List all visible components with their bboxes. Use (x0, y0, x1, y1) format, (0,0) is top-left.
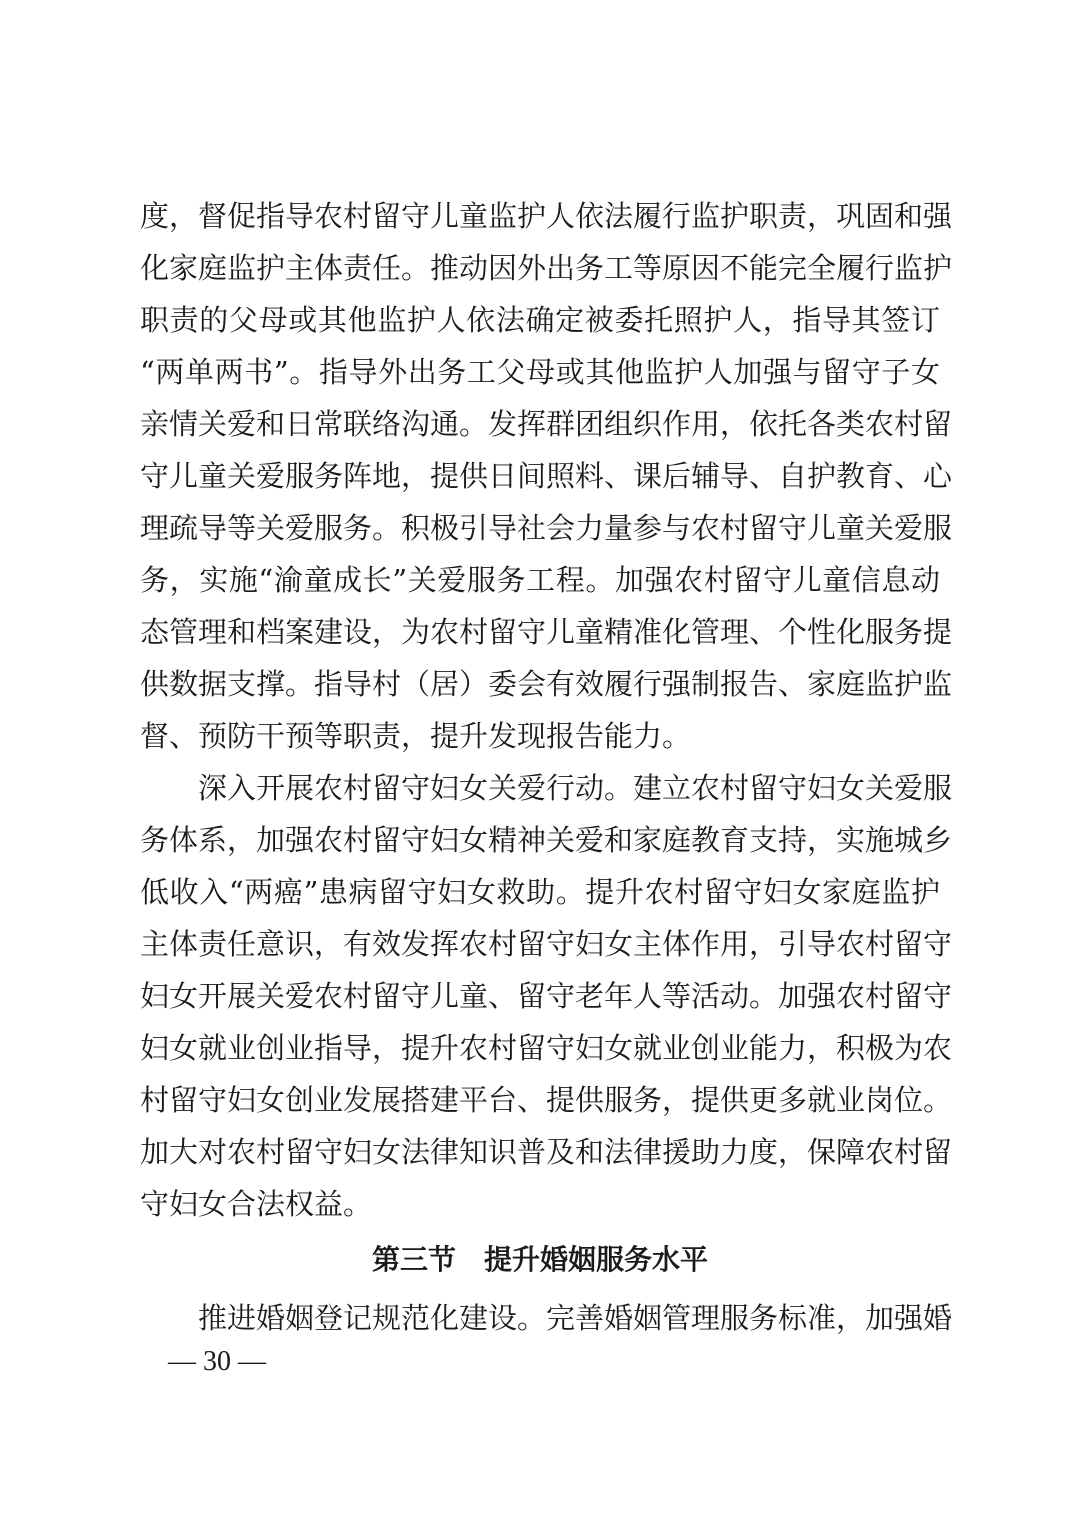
text-line: 态管理和档案建设，为农村留守儿童精准化管理、个性化服务提 (140, 606, 940, 658)
text-line: 低收入“两癌”患病留守妇女救助。提升农村留守妇女家庭监护 (140, 866, 940, 918)
text-line: 化家庭监护主体责任。推动因外出务工等原因不能完全履行监护 (140, 242, 940, 294)
text-line: 务，实施“渝童成长”关爱服务工程。加强农村留守儿童信息动 (140, 554, 940, 606)
text-line: 职责的父母或其他监护人依法确定被委托照护人，指导其签订 (140, 294, 940, 346)
text-line: 督、预防干预等职责，提升发现报告能力。 (140, 710, 940, 762)
text-line: 供数据支撑。指导村（居）委会有效履行强制报告、家庭监护监 (140, 658, 940, 710)
document-page: 度，督促指导农村留守儿童监护人依法履行监护职责，巩固和强化家庭监护主体责任。推动… (0, 0, 1074, 1520)
text-line: 村留守妇女创业发展搭建平台、提供服务，提供更多就业岗位。 (140, 1074, 940, 1126)
text-line: 主体责任意识，有效发挥农村留守妇女主体作用，引导农村留守 (140, 918, 940, 970)
text-line: 加大对农村留守妇女法律知识普及和法律援助力度，保障农村留 (140, 1126, 940, 1178)
section-heading: 第三节 提升婚姻服务水平 (140, 1238, 940, 1282)
text-line: 妇女开展关爱农村留守儿童、留守老年人等活动。加强农村留守 (140, 970, 940, 1022)
text-line: “两单两书”。指导外出务工父母或其他监护人加强与留守子女 (140, 346, 940, 398)
text-line: 深入开展农村留守妇女关爱行动。建立农村留守妇女关爱服 (140, 762, 940, 814)
text-line: 守妇女合法权益。 (140, 1178, 940, 1230)
text-line: 妇女就业创业指导，提升农村留守妇女就业创业能力，积极为农 (140, 1022, 940, 1074)
page-number: — 30 — (168, 1342, 266, 1382)
paragraph-marriage-registration: 推进婚姻登记规范化建设。完善婚姻管理服务标准，加强婚 (140, 1292, 940, 1344)
text-line: 守儿童关爱服务阵地，提供日间照料、课后辅导、自护教育、心 (140, 450, 940, 502)
text-line: 度，督促指导农村留守儿童监护人依法履行监护职责，巩固和强 (140, 190, 940, 242)
text-line: 亲情关爱和日常联络沟通。发挥群团组织作用，依托各类农村留 (140, 398, 940, 450)
text-line: 理疏导等关爱服务。积极引导社会力量参与农村留守儿童关爱服 (140, 502, 940, 554)
text-line: 务体系，加强农村留守妇女精神关爱和家庭教育支持，实施城乡 (140, 814, 940, 866)
